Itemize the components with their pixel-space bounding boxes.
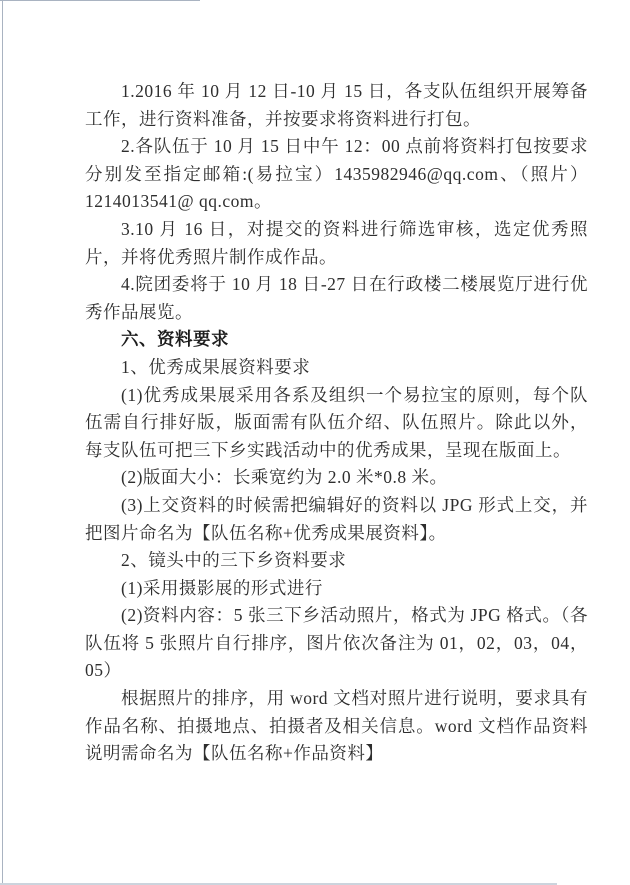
paragraph: 1、优秀成果展资料要求 [85,354,588,382]
paragraph: 六、资料要求 [85,326,588,354]
paragraph: (3)上交资料的时候需把编辑好的资料以 JPG 形式上交，并把图片命名为【队伍名… [85,492,588,547]
paragraph: 3.10 月 16 日，对提交的资料进行筛选审核，选定优秀照片，并将优秀照片制作… [85,216,588,271]
paragraph: (2)版面大小：长乘宽约为 2.0 米*0.8 米。 [85,464,588,492]
paragraph: (1)优秀成果展采用各系及组织一个易拉宝的原则，每个队伍需自行排好版，版面需有队… [85,382,588,465]
page-border-top [0,0,200,1]
paragraph: 2.各队伍于 10 月 15 日中午 12：00 点前将资料打包按要求分别发至指… [85,133,588,216]
paragraph: (1)采用摄影展的形式进行 [85,575,588,603]
paragraph: (2)资料内容：5 张三下乡活动照片，格式为 JPG 格式。（各队伍将 5 张照… [85,602,588,685]
document-body: 1.2016 年 10 月 12 日-10 月 15 日，各支队伍组织开展筹备工… [85,78,588,768]
document-page: 1.2016 年 10 月 12 日-10 月 15 日，各支队伍组织开展筹备工… [0,0,630,885]
page-border-left [2,0,3,885]
paragraph: 4.院团委将于 10 月 18 日-27 日在行政楼二楼展览厅进行优秀作品展览。 [85,271,588,326]
paragraph: 1.2016 年 10 月 12 日-10 月 15 日，各支队伍组织开展筹备工… [85,78,588,133]
paragraph: 2、镜头中的三下乡资料要求 [85,547,588,575]
paragraph: 根据照片的排序，用 word 文档对照片进行说明，要求具有作品名称、拍摄地点、拍… [85,685,588,768]
